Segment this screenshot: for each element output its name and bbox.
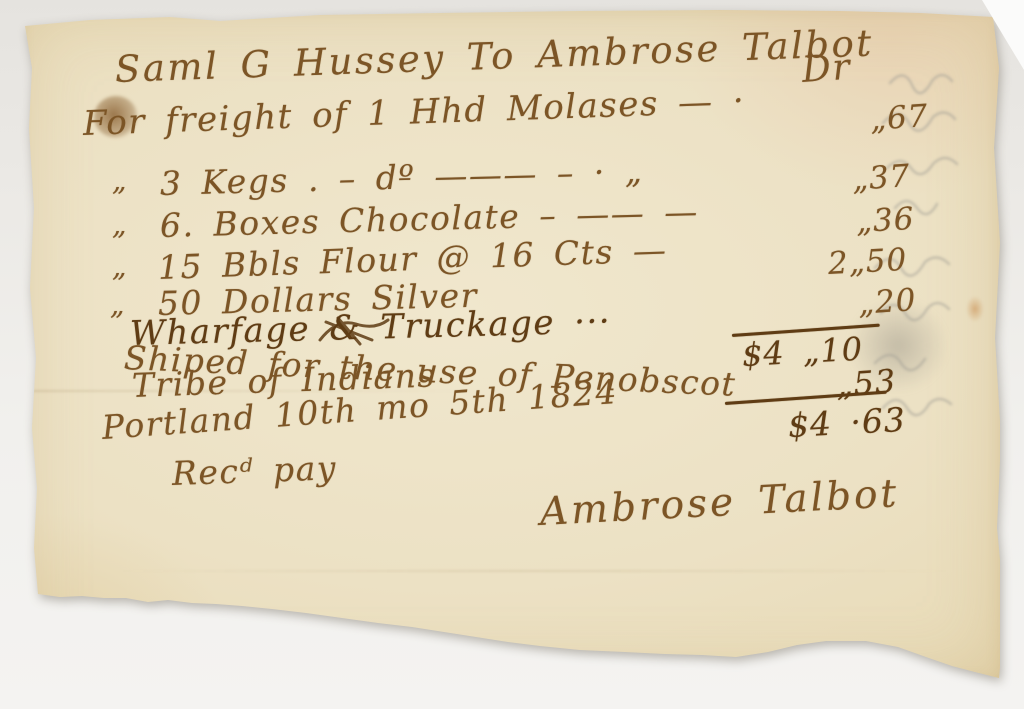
header-line: Saml G Hussey To Ambrose Talbot [114, 22, 874, 91]
charge-row-amount: „36 [855, 201, 915, 240]
strike-scribble [312, 310, 392, 350]
ditto-mark: „ [112, 250, 128, 283]
total-amount: $4 ·63 [787, 400, 907, 445]
scan-background: Saml G Hussey To Ambrose Talbot Dr For f… [0, 0, 1024, 709]
ditto-mark: „ [110, 288, 126, 321]
charge-row-amount: „37 [851, 158, 912, 198]
charge-row-amount: „20 [857, 282, 918, 322]
ditto-mark: „ [112, 164, 128, 197]
balance-amount: „53 [835, 362, 898, 404]
received-note: Recᵈ pay [171, 448, 337, 493]
ditto-mark: „ [112, 208, 128, 241]
signature: Ambrose Talbot [539, 471, 900, 535]
charge-row-desc: For freight of 1 Hhd Molases — · [82, 81, 746, 144]
dr-abbreviation: Dr [801, 47, 853, 91]
charge-row-amount: 2„50 [827, 242, 908, 282]
crease-line-bottom [118, 570, 951, 572]
charge-row-amount: „67 [869, 98, 930, 138]
receipt-paper: Saml G Hussey To Ambrose Talbot Dr For f… [20, 8, 1000, 680]
